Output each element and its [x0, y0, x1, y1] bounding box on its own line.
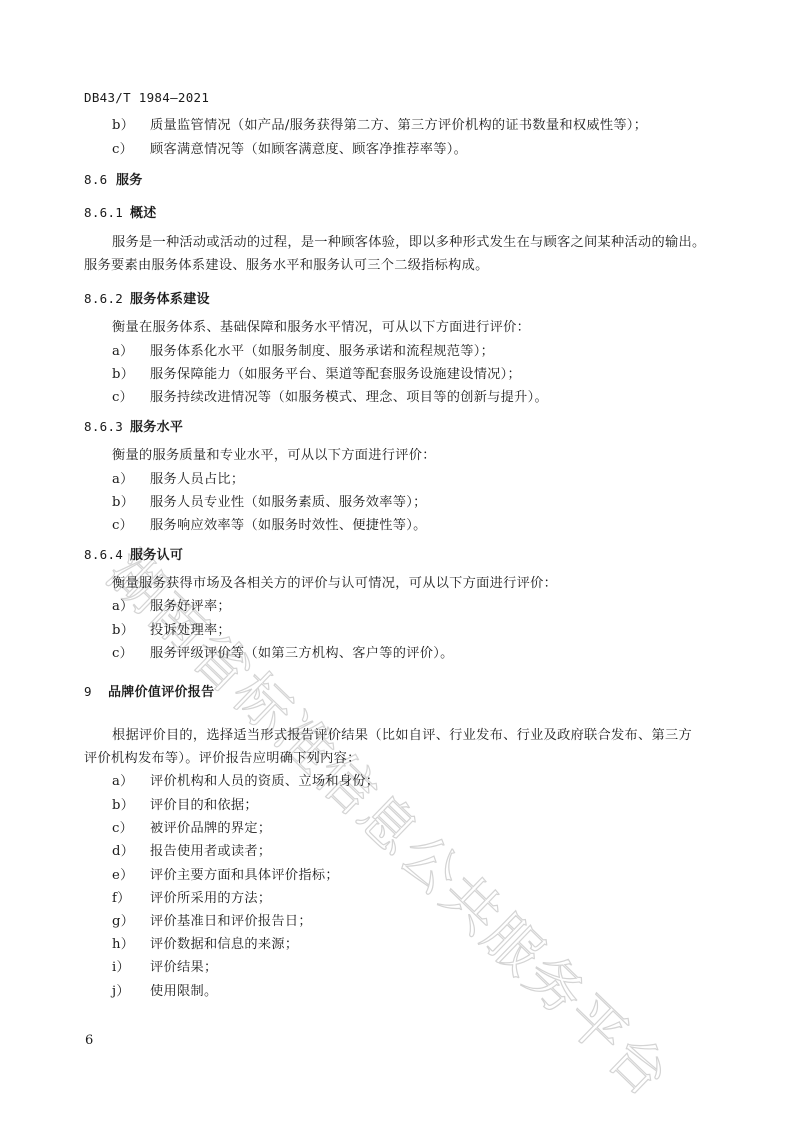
list-item: a）服务体系化水平（如服务制度、服务承诺和流程规范等）；: [112, 344, 494, 360]
list-item: a）评价机构和人员的资质、立场和身份；: [112, 774, 379, 790]
section-number: 8.6.4: [84, 547, 130, 563]
list-item: b）质量监管情况（如产品/服务获得第二方、第三方评价机构的证书数量和权威性等）；: [112, 118, 647, 134]
list-text: 评价目的和依据；: [150, 798, 258, 813]
list-item: c）服务持续改进情况等（如服务模式、理念、项目等的创新与提升）。: [112, 390, 548, 406]
list-text: 评价机构和人员的资质、立场和身份；: [150, 774, 379, 789]
section-heading-8-6-3: 8.6.3服务水平: [84, 419, 183, 436]
page-number: 6: [85, 1033, 94, 1049]
list-item: b）服务保障能力（如服务平台、渠道等配套服务设施建设情况）；: [112, 367, 521, 383]
list-marker: a）: [112, 774, 150, 790]
list-item: j）使用限制。: [112, 984, 217, 1000]
list-item: b）投诉处理率；: [112, 623, 231, 639]
list-marker: d）: [112, 844, 150, 860]
list-text: 服务评级评价等（如第三方机构、客户等的评价）。: [150, 646, 454, 661]
list-text: 服务持续改进情况等（如服务模式、理念、项目等的创新与提升）。: [150, 390, 548, 405]
standard-code-header: DB43/T 1984—2021: [84, 90, 209, 106]
list-marker: b）: [112, 367, 150, 383]
list-item: e）评价主要方面和具体评价指标；: [112, 868, 339, 884]
list-text: 服务响应效率等（如服务时效性、便捷性等）。: [150, 518, 427, 533]
list-text: 评价主要方面和具体评价指标；: [150, 868, 339, 883]
list-item: a）服务人员占比；: [112, 472, 244, 488]
section-number: 8.6.3: [84, 419, 130, 435]
list-text: 服务人员占比；: [150, 472, 244, 487]
list-marker: c）: [112, 821, 150, 837]
list-text: 被评价品牌的界定；: [150, 821, 271, 836]
section-title: 服务水平: [130, 420, 183, 435]
list-text: 评价数据和信息的来源；: [150, 937, 298, 952]
list-marker: i）: [112, 960, 150, 976]
list-text: 服务人员专业性（如服务素质、服务效率等）；: [150, 495, 427, 510]
paragraph-line: 服务是一种活动或活动的过程，是一种顾客体验，即以多种形式发生在与顾客之间某种活动…: [112, 235, 705, 251]
document-page: 湖南省标准信息公共服务平台 DB43/T 1984—2021 b）质量监管情况（…: [0, 0, 794, 1122]
list-marker: c）: [112, 518, 150, 534]
list-item: c）顾客满意情况等（如顾客满意度、顾客净推荐率等）。: [112, 142, 467, 158]
list-marker: b）: [112, 495, 150, 511]
section-title: 服务认可: [130, 548, 183, 563]
list-text: 顾客满意情况等（如顾客满意度、顾客净推荐率等）。: [150, 142, 467, 157]
list-text: 服务好评率；: [150, 599, 231, 614]
list-text: 评价所采用的方法；: [150, 891, 271, 906]
list-marker: c）: [112, 142, 150, 158]
list-marker: a）: [112, 599, 150, 615]
list-text: 服务体系化水平（如服务制度、服务承诺和流程规范等）；: [150, 344, 494, 359]
section-heading-8-6-4: 8.6.4服务认可: [84, 547, 183, 564]
list-item: h）评价数据和信息的来源；: [112, 937, 298, 953]
paragraph-line: 衡量在服务体系、基础保障和服务水平情况，可从以下方面进行评价：: [112, 320, 530, 336]
paragraph-line: 衡量的服务质量和专业水平，可从以下方面进行评价：: [112, 448, 436, 464]
list-item: f）评价所采用的方法；: [112, 891, 271, 907]
list-marker: a）: [112, 344, 150, 360]
list-item: c）被评价品牌的界定；: [112, 821, 271, 837]
list-item: d）报告使用者或读者；: [112, 844, 271, 860]
list-marker: b）: [112, 118, 150, 134]
section-heading-8-6-2: 8.6.2服务体系建设: [84, 291, 210, 308]
paragraph-line: 根据评价目的，选择适当形式报告评价结果（比如自评、行业发布、行业及政府联合发布、…: [112, 728, 692, 744]
section-number: 8.6: [84, 172, 116, 188]
section-number: 8.6.2: [84, 291, 130, 307]
section-heading-8-6: 8.6服务: [84, 172, 143, 189]
list-marker: b）: [112, 623, 150, 639]
list-text: 服务保障能力（如服务平台、渠道等配套服务设施建设情况）；: [150, 367, 521, 382]
list-text: 质量监管情况（如产品/服务获得第二方、第三方评价机构的证书数量和权威性等）；: [150, 118, 647, 133]
list-marker: b）: [112, 798, 150, 814]
list-item: b）评价目的和依据；: [112, 798, 258, 814]
list-marker: g）: [112, 914, 150, 930]
list-text: 评价结果；: [150, 960, 217, 975]
list-marker: e）: [112, 868, 150, 884]
list-item: i）评价结果；: [112, 960, 217, 976]
section-title: 服务: [116, 173, 143, 188]
list-item: a）服务好评率；: [112, 599, 231, 615]
list-marker: c）: [112, 646, 150, 662]
section-number: 9: [84, 684, 108, 700]
list-marker: f）: [112, 891, 150, 907]
paragraph-line: 衡量服务获得市场及各相关方的评价与认可情况，可从以下方面进行评价：: [112, 576, 557, 592]
list-item: g）评价基准日和评价报告日；: [112, 914, 312, 930]
paragraph-line: 评价机构发布等）。评价报告应明确下列内容：: [84, 751, 361, 767]
list-text: 报告使用者或读者；: [150, 844, 271, 859]
section-title: 概述: [130, 206, 157, 221]
list-text: 评价基准日和评价报告日；: [150, 914, 312, 929]
list-item: c）服务响应效率等（如服务时效性、便捷性等）。: [112, 518, 427, 534]
paragraph-line: 服务要素由服务体系建设、服务水平和服务认可三个二级指标构成。: [84, 258, 489, 274]
section-heading-9: 9品牌价值评价报告: [84, 684, 214, 701]
section-number: 8.6.1: [84, 205, 130, 221]
list-marker: j）: [112, 984, 150, 1000]
section-title: 服务体系建设: [130, 292, 210, 307]
list-marker: c）: [112, 390, 150, 406]
section-heading-8-6-1: 8.6.1概述: [84, 205, 157, 222]
list-text: 投诉处理率；: [150, 623, 231, 638]
section-title: 品牌价值评价报告: [108, 685, 214, 700]
list-item: c）服务评级评价等（如第三方机构、客户等的评价）。: [112, 646, 454, 662]
list-marker: h）: [112, 937, 150, 953]
list-item: b）服务人员专业性（如服务素质、服务效率等）；: [112, 495, 427, 511]
list-marker: a）: [112, 472, 150, 488]
list-text: 使用限制。: [150, 984, 217, 999]
